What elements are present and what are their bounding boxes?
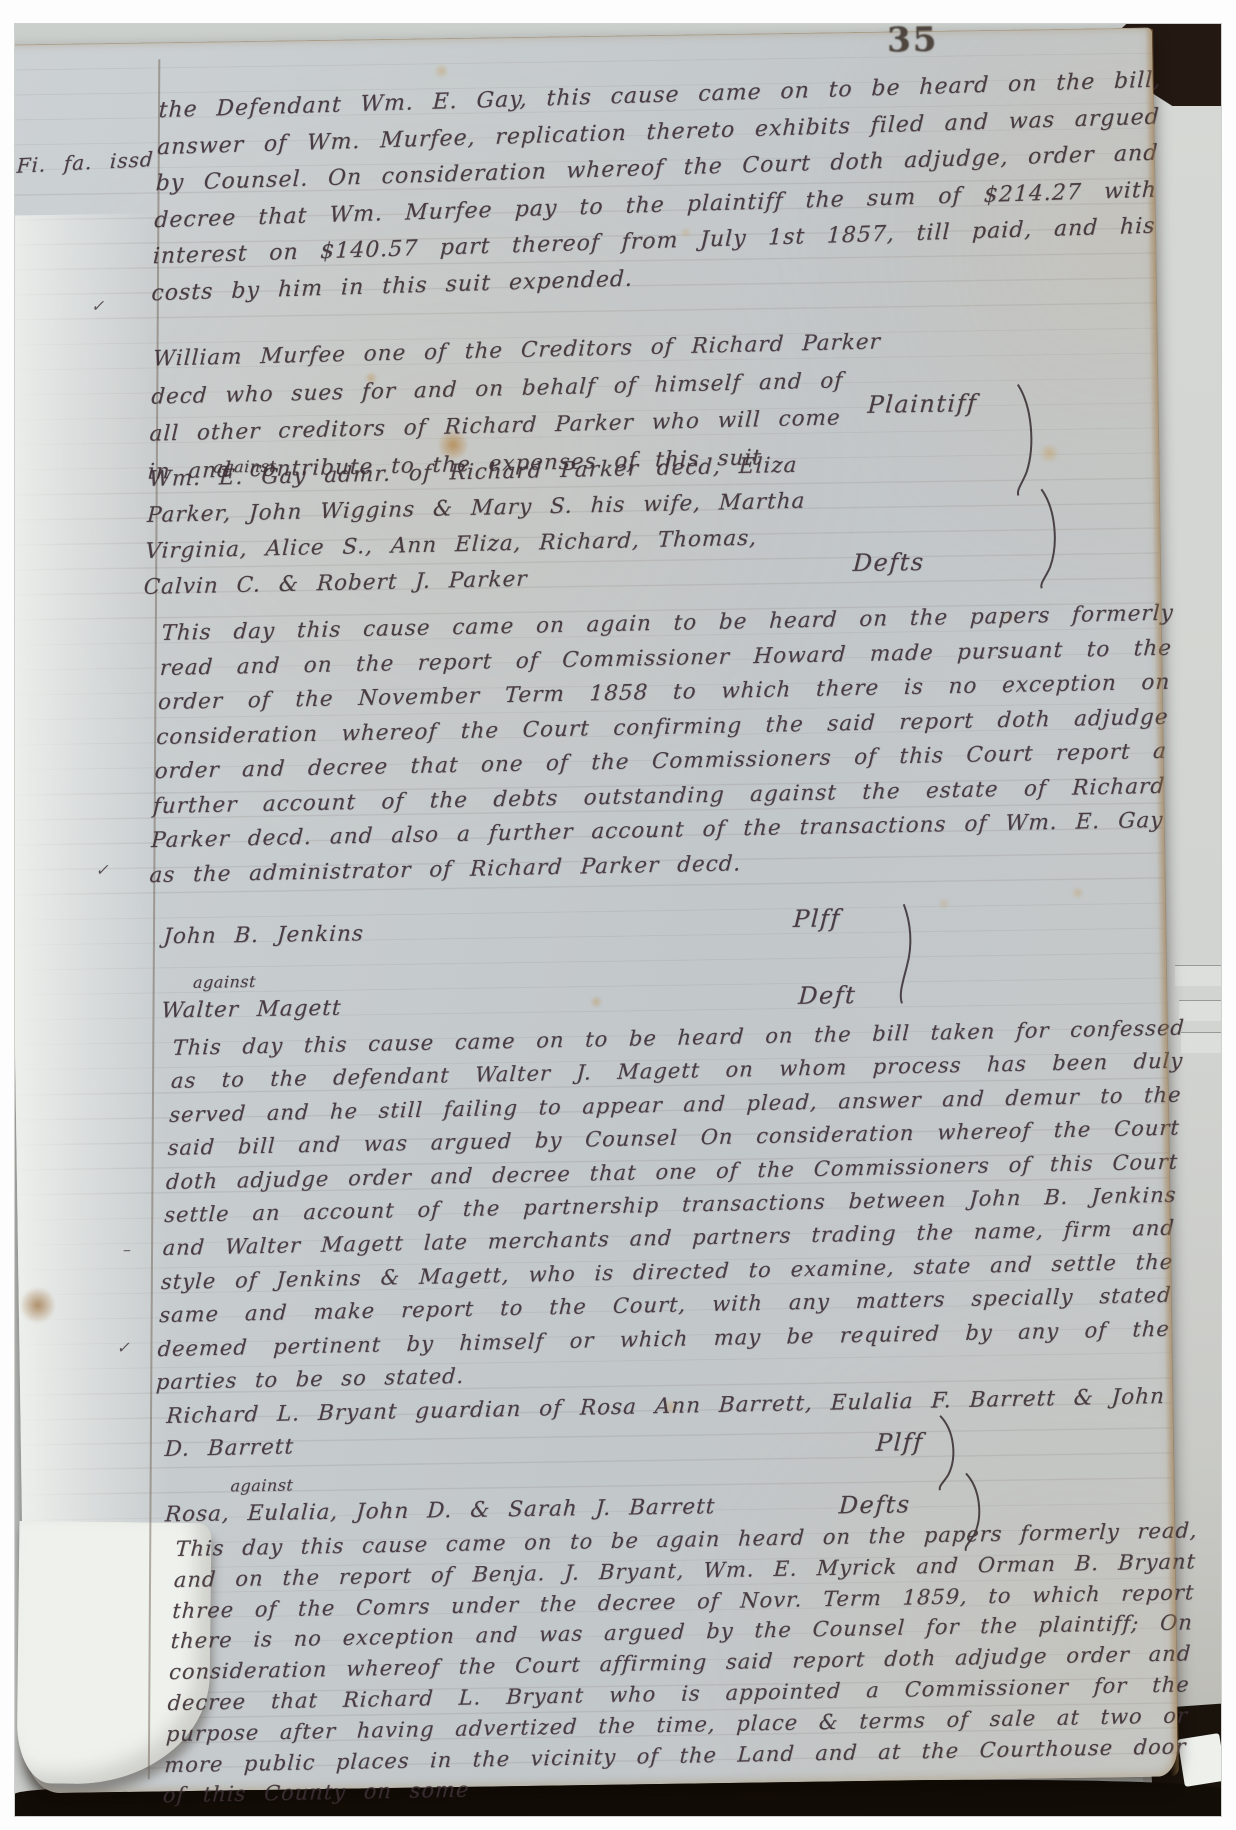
entry-3-body: This day this cause came on to be heard … <box>155 1012 1185 1400</box>
entry-3-plaintiff: John B. Jenkins <box>162 916 365 955</box>
entry-3-defendant-label: Deft <box>797 977 857 1014</box>
case-bracket <box>1034 489 1061 589</box>
entry-2-defendant-label: Defts <box>852 544 926 581</box>
page-stack-edge <box>1181 1032 1221 1053</box>
entry-2-defendant-caption: Wm. E. Gay admr. of Richard Parker decd,… <box>143 447 850 606</box>
page-stack-edge <box>1175 965 1221 986</box>
check-mark: ✓ <box>91 296 105 315</box>
fox-spot <box>1038 444 1060 462</box>
entry-4-plaintiff-label: Plff <box>875 1424 925 1461</box>
entry-3-plaintiff-label: Plff <box>792 900 842 937</box>
ledger-photo-frame: 35 Fi. fa. issd ✓ ✓ – ✓ the Defendant Wm… <box>0 0 1236 1830</box>
entry-3-defendant: Walter Magett <box>160 991 342 1030</box>
check-mark: ✓ <box>116 1338 130 1357</box>
margin-note: Fi. fa. issd <box>16 141 155 184</box>
check-mark: ✓ <box>95 860 109 879</box>
dash-mark: – <box>123 1240 131 1259</box>
ledger-page: 35 Fi. fa. issd ✓ ✓ – ✓ the Defendant Wm… <box>15 28 1178 1794</box>
case-bracket <box>893 904 920 1004</box>
case-bracket <box>933 1416 960 1491</box>
fox-spot <box>433 64 449 78</box>
fox-spot <box>938 899 950 909</box>
fox-spot <box>1071 887 1085 899</box>
entry-2-body: This day this cause came on again to be … <box>149 597 1175 894</box>
entry-2-plaintiff-label: Plaintiff <box>867 385 979 423</box>
page-curl-highlight <box>15 213 172 1645</box>
entry-1-body: the Defendant Wm. E. Gay, this cause cam… <box>151 63 1162 313</box>
page-number: 35 <box>887 24 939 60</box>
case-bracket <box>1010 384 1038 496</box>
ledger-photo: 35 Fi. fa. issd ✓ ✓ – ✓ the Defendant Wm… <box>15 24 1221 1816</box>
entry-4-body: This day this cause came on to be again … <box>162 1515 1198 1811</box>
entry-4-defendant-label: Defts <box>838 1486 912 1523</box>
fox-spot <box>589 996 603 1008</box>
